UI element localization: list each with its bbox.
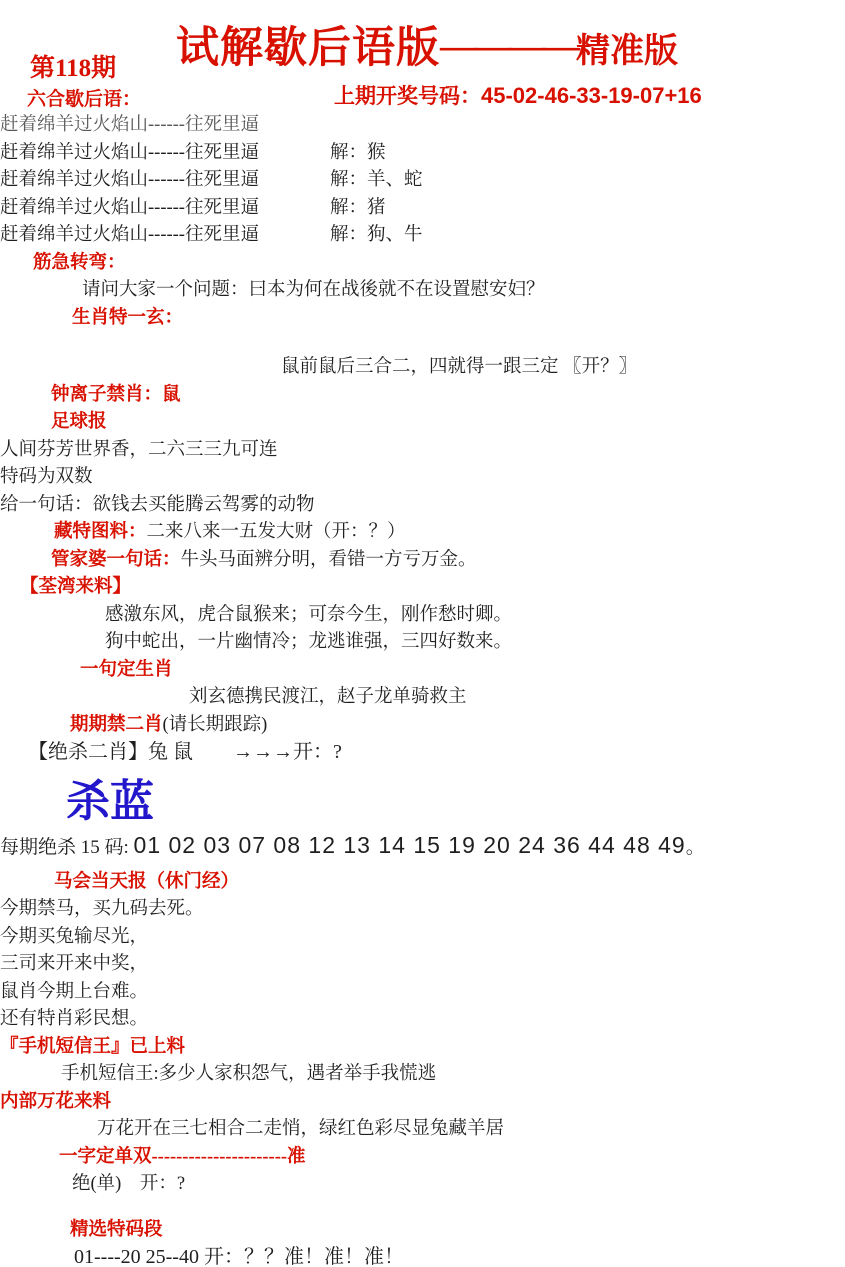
one-sentence-zodiac-heading: 一句定生肖: [80, 657, 845, 685]
racing-verse-3: 三司来开来中奖，: [0, 951, 845, 979]
one-sentence-zodiac-text: 刘玄德携民渡江，赵子龙单骑救主: [189, 684, 845, 712]
verse-line-1-text: 人间芬芳世界香，二六三三九可连: [0, 440, 278, 460]
verse-line-2-text: 特码为双数: [0, 467, 93, 487]
riddle-line-2: 赶着绵羊过火焰山------往死里逼解：猴: [0, 140, 845, 168]
banned-two-zodiac-text: (请长期跟踪): [163, 715, 268, 735]
riddle-line-4: 赶着绵羊过火焰山------往死里逼解：猪: [0, 195, 845, 223]
kill-15-codes-label: 每期绝杀 15 码:: [0, 837, 134, 858]
riddle-answer: 解：猴: [330, 140, 386, 168]
section-label: 六合歇后语：: [27, 84, 141, 111]
internal-tip-heading-text: 内部万花来料: [0, 1092, 111, 1112]
riddle-answer: 解：猪: [330, 195, 386, 223]
sms-king-heading-text: 『手机短信王』已上料: [0, 1037, 185, 1057]
racing-verse-1-text: 今期禁马，买九码去死。: [0, 899, 204, 919]
brain-teaser-text: 请问大家一个问题：曰本为何在战後就不在设置慰安妇？: [82, 277, 845, 305]
racing-verse-4-text: 鼠肖今期上台难。: [0, 982, 148, 1002]
page-title-main: 试解歇后语版: [176, 25, 440, 72]
racing-report-heading: 马会当天报（休门经）: [54, 869, 845, 897]
racing-report-heading-text: 马会当天报（休门经）: [54, 872, 239, 892]
guanjiapo-tip-text: 牛头马面辨分明，看错一方亏万金。: [181, 550, 477, 570]
verse-line-1: 人间芬芳世界香，二六三三九可连: [0, 437, 845, 465]
racing-verse-2-text: 今期买兔输尽光，: [0, 927, 148, 947]
odd-even-result-text: 绝(单) 开：?: [72, 1174, 185, 1194]
forbidden-zodiac-text: 钟离子禁肖：鼠: [51, 385, 181, 405]
kill-15-codes-numbers: 01 02 03 07 08 12 13 14 15 19 20 24 36 4…: [134, 832, 686, 858]
racing-verse-4: 鼠肖今期上台难。: [0, 979, 845, 1007]
banned-two-zodiac-label: 期期禁二肖: [70, 715, 163, 735]
kill-blue-heading-text: 杀蓝: [66, 777, 154, 826]
brain-teaser-heading-text: 筋急转弯：: [33, 253, 126, 273]
special-code-range-result: 01----20 25--40 开：？？准！准！准！: [74, 1244, 845, 1267]
kill-15-codes: 每期绝杀 15 码: 01 02 03 07 08 12 13 14 15 19…: [0, 829, 845, 861]
one-sentence-zodiac-text-text: 刘玄德携民渡江，赵子龙单骑救主: [189, 687, 467, 707]
zodiac-hint-text-text: 鼠前鼠后三合二，四就得一跟三定 〖开？〗: [281, 357, 637, 377]
sms-king-text-text: 手机短信王:多少人家积怨气，遇者举手我慌逃: [61, 1064, 436, 1084]
sms-king-heading: 『手机短信王』已上料: [0, 1034, 845, 1062]
odd-even-result: 绝(单) 开：?: [72, 1171, 845, 1199]
racing-verse-1: 今期禁马，买九码去死。: [0, 896, 845, 924]
tsuen-wan-verse-1: 感激东风，虎合鼠猴来；可奈今生，刚作愁时卿。: [105, 602, 845, 630]
riddle-line-1: 赶着绵羊过火焰山------往死里逼: [0, 112, 845, 140]
forbidden-zodiac: 钟离子禁肖：鼠: [51, 382, 845, 410]
kill-15-codes-text: 。: [686, 837, 705, 858]
killed-two-zodiac-text: 【绝杀二肖】兔 鼠 →→→开：?: [28, 741, 342, 763]
odd-even-heading-text: 一字定单双----------------------准: [59, 1147, 306, 1167]
zodiac-hint-text: 鼠前鼠后三合二，四就得一跟三定 〖开？〗: [281, 354, 845, 382]
riddle-line-1-text: 赶着绵羊过火焰山------往死里逼: [0, 115, 259, 135]
internal-tip-heading: 内部万花来料: [0, 1089, 845, 1117]
last-draw-result: 上期开奖号码：45-02-46-33-19-07+16: [334, 80, 702, 110]
hidden-special-tip-text: 二来八来一五发大财（开：？）: [147, 522, 406, 542]
tsuen-wan-verse-1-text: 感激东风，虎合鼠猴来；可奈今生，刚作愁时卿。: [105, 605, 512, 625]
special-code-range-heading-text: 精选特码段: [70, 1220, 163, 1240]
guanjiapo-label: 管家婆一句话：: [51, 550, 181, 570]
one-sentence-zodiac-heading-text: 一句定生肖: [80, 660, 173, 680]
issue-number: 第118期: [30, 48, 116, 84]
riddle-answer: 解：羊、蛇: [330, 167, 423, 195]
verse-line-3-text: 给一句话：欲钱去买能腾云驾雾的动物: [0, 495, 315, 515]
sms-king-text: 手机短信王:多少人家积怨气，遇者举手我慌逃: [61, 1061, 845, 1089]
tsuen-wan-verse-2-text: 狗中蛇出，一片幽情冷；龙逃谁强，三四好数来。: [105, 632, 512, 652]
riddle-line-3: 赶着绵羊过火焰山------往死里逼解：羊、蛇: [0, 167, 845, 195]
banned-two-zodiac: 期期禁二肖(请长期跟踪): [70, 712, 845, 740]
racing-verse-3-text: 三司来开来中奖，: [0, 954, 148, 974]
zodiac-hint-heading: 生肖特一玄：: [72, 305, 845, 333]
zodiac-hint-heading-text: 生肖特一玄：: [72, 308, 183, 328]
hidden-special-label: 藏特图料：: [54, 522, 147, 542]
tip-sheet-page: 试解歇后语版————精准版 第118期 六合歇后语： 上期开奖号码：45-02-…: [0, 0, 845, 1267]
header: 试解歇后语版————精准版 第118期 六合歇后语： 上期开奖号码：45-02-…: [0, 0, 845, 112]
kill-blue-heading: 杀蓝: [66, 775, 845, 829]
football-paper-heading-text: 足球报: [51, 412, 107, 432]
last-draw-label: 上期开奖号码：: [334, 84, 481, 108]
riddle-line-2-text: 赶着绵羊过火焰山------往死里逼: [0, 143, 259, 163]
page-title-dashes: ————: [440, 25, 576, 67]
last-draw-numbers: 45-02-46-33-19-07+16: [481, 83, 702, 108]
tsuen-wan-heading: 【荃湾来料】: [20, 574, 845, 602]
riddle-line-3-text: 赶着绵羊过火焰山------往死里逼: [0, 170, 259, 190]
football-paper-heading: 足球报: [51, 409, 845, 437]
guanjiapo-tip: 管家婆一句话：牛头马面辨分明，看错一方亏万金。: [51, 547, 845, 575]
brain-teaser-text-text: 请问大家一个问题：曰本为何在战後就不在设置慰安妇？: [82, 280, 545, 300]
racing-verse-5: 还有特肖彩民想。: [0, 1006, 845, 1034]
hidden-special-tip: 藏特图料：二来八来一五发大财（开：？）: [54, 519, 845, 547]
special-code-range-heading: 精选特码段: [70, 1217, 845, 1245]
racing-verse-5-text: 还有特肖彩民想。: [0, 1009, 148, 1029]
special-code-range-result-text: 01----20 25--40 开：？？准！准！准！: [74, 1246, 404, 1267]
tsuen-wan-verse-2: 狗中蛇出，一片幽情冷；龙逃谁强，三四好数来。: [105, 629, 845, 657]
internal-tip-text: 万花开在三七相合二走悄，绿红色彩尽显兔藏羊居: [97, 1116, 845, 1144]
brain-teaser-heading: 筋急转弯：: [33, 250, 845, 278]
riddle-line-4-text: 赶着绵羊过火焰山------往死里逼: [0, 198, 259, 218]
tsuen-wan-heading-text: 【荃湾来料】: [20, 577, 131, 597]
killed-two-zodiac: 【绝杀二肖】兔 鼠 →→→开：?: [28, 739, 845, 767]
verse-line-2: 特码为双数: [0, 464, 845, 492]
document-body: 赶着绵羊过火焰山------往死里逼赶着绵羊过火焰山------往死里逼解：猴赶…: [0, 112, 845, 1267]
page-title: 试解歇后语版————精准版: [176, 14, 678, 75]
racing-verse-2: 今期买兔输尽光，: [0, 924, 845, 952]
riddle-line-5: 赶着绵羊过火焰山------往死里逼解：狗、牛: [0, 222, 845, 250]
verse-line-3: 给一句话：欲钱去买能腾云驾雾的动物: [0, 492, 845, 520]
riddle-answer: 解：狗、牛: [330, 222, 423, 250]
riddle-line-5-text: 赶着绵羊过火焰山------往死里逼: [0, 225, 259, 245]
odd-even-heading: 一字定单双----------------------准: [59, 1144, 845, 1172]
internal-tip-text-text: 万花开在三七相合二走悄，绿红色彩尽显兔藏羊居: [97, 1119, 504, 1139]
page-title-suffix: 精准版: [576, 33, 678, 70]
